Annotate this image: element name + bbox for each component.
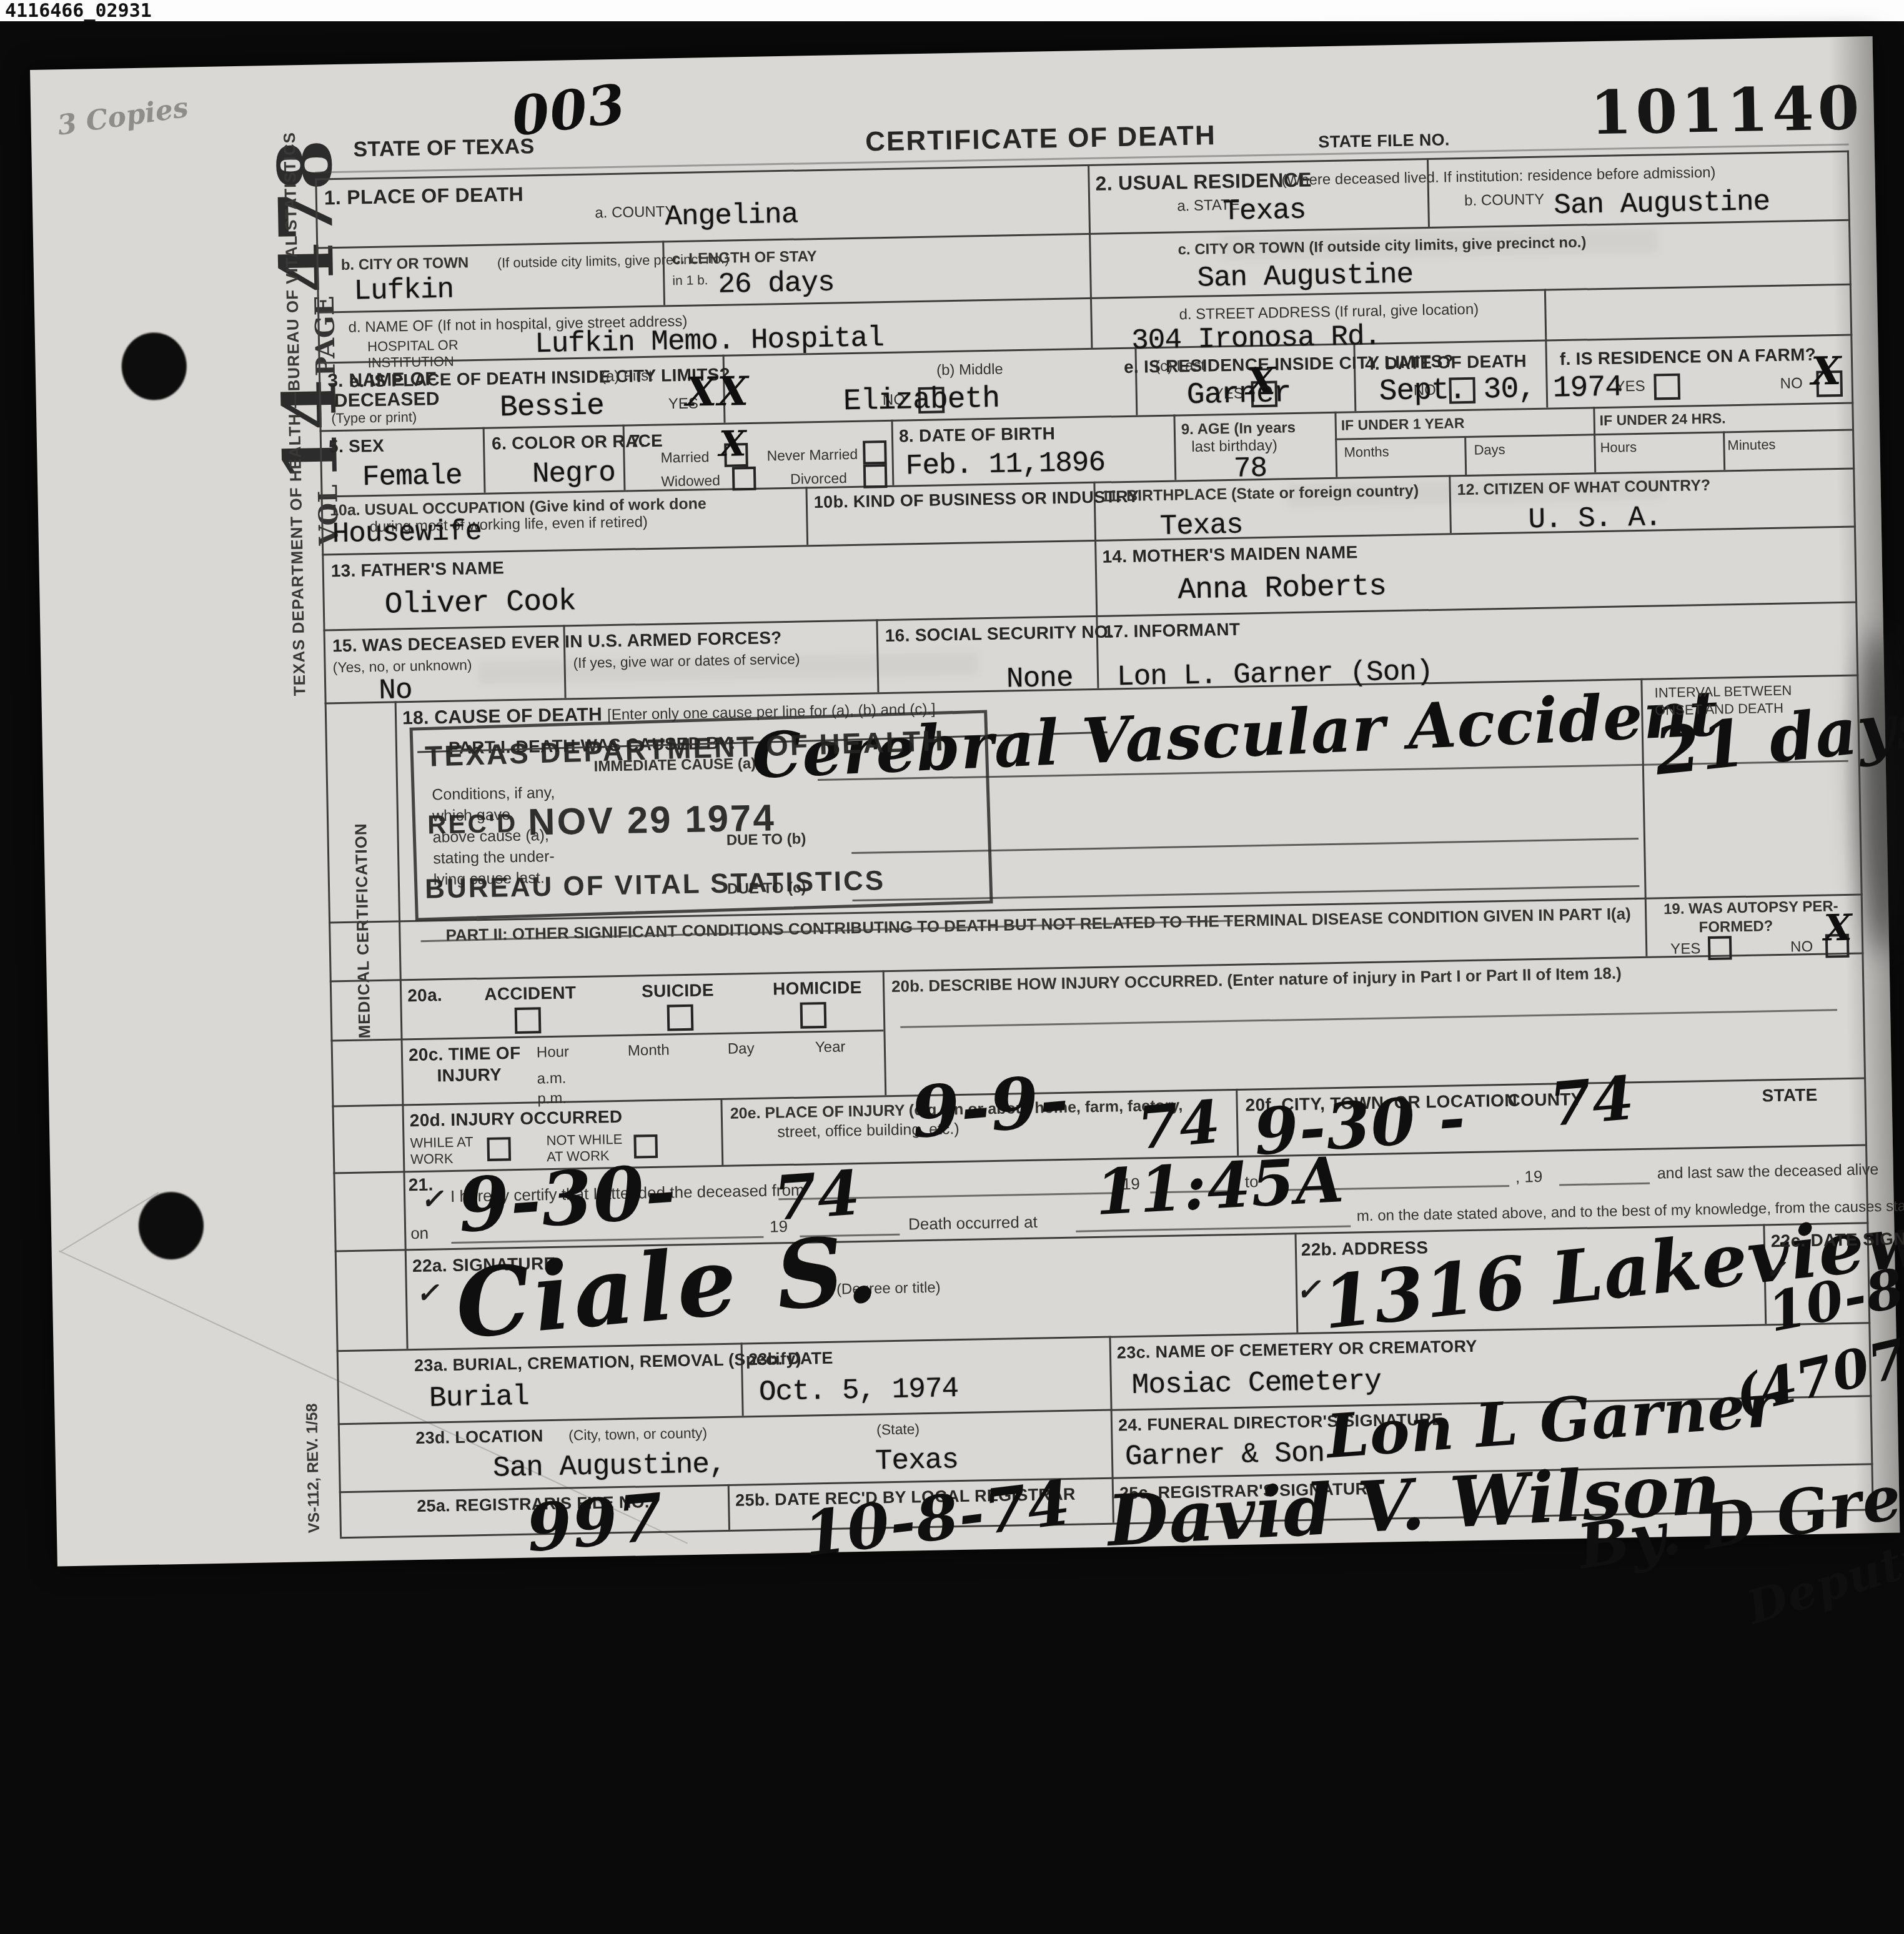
grid-line xyxy=(1723,431,1725,470)
grid-line xyxy=(483,427,486,493)
suicide-label: SUICIDE xyxy=(642,980,714,1001)
certificate-page: 3 Copies VOL 14 PAGE 478 TEXAS DEPARTMEN… xyxy=(30,36,1900,1567)
field-17-value: Lon L. Garner (Son) xyxy=(1117,655,1433,693)
field-1e-yes-mark: XX xyxy=(685,368,750,416)
field-8-value: Feb. 11,1896 xyxy=(905,447,1105,483)
field-19-label1: 19. WAS AUTOPSY PER- xyxy=(1664,898,1838,918)
field-19-yes: YES xyxy=(1670,940,1701,958)
cert-19-b: , 19 xyxy=(1515,1167,1543,1187)
margin-medical-certification: MEDICAL CERTIFICATION xyxy=(351,823,374,1039)
field-7-label: 7. xyxy=(630,431,646,451)
field-23d-value-city: San Augustine, xyxy=(493,1448,726,1485)
field-6-value: Negro xyxy=(532,457,616,490)
grid-line xyxy=(1334,412,1337,477)
field-21-checkmark: ✓ xyxy=(420,1183,444,1216)
field-20d-label: 20d. INJURY OCCURRED xyxy=(410,1107,623,1131)
field-3b-value: Elizabeth xyxy=(843,382,999,419)
page-label: PAGE xyxy=(309,295,341,377)
grid-line xyxy=(395,701,409,1349)
cert-text-2: and last saw the deceased alive xyxy=(1657,1161,1879,1183)
field-7-widowed: Widowed xyxy=(661,472,720,490)
grid-line xyxy=(720,1098,723,1165)
grid-line xyxy=(1093,482,1099,688)
field-14-label: 14. MOTHER'S MAIDEN NAME xyxy=(1102,542,1358,567)
field-14-value: Anna Roberts xyxy=(1178,570,1387,607)
field-2b-value: San Augustine xyxy=(1554,186,1770,222)
field-2-title: 2. USUAL RESIDENCE xyxy=(1095,168,1312,195)
hole-punch-bottom xyxy=(138,1191,204,1260)
field-3c-label: (c) Last xyxy=(1155,357,1206,375)
state-label: STATE xyxy=(1762,1085,1818,1106)
scan-stage: 4116466_02931 3 Copies VOL 14 PAGE 478 T… xyxy=(0,0,1904,1934)
am-label: a.m. xyxy=(537,1070,566,1088)
stamp-recd-text: REC'D xyxy=(427,808,518,840)
while-at-work-label2: WORK xyxy=(410,1151,454,1168)
grid-line xyxy=(331,1029,884,1041)
field-23d-value-state: Texas xyxy=(875,1444,959,1477)
grid-line xyxy=(1593,407,1596,472)
field-9-label1: 9. AGE (In years xyxy=(1181,419,1296,439)
field-15-sublabel1: (Yes, no, or unknown) xyxy=(332,657,472,676)
state-of-texas: STATE OF TEXAS xyxy=(353,134,535,162)
field-11-value: Texas xyxy=(1159,509,1243,543)
field-1a-value: Angelina xyxy=(665,199,798,234)
field-12-label: 12. CITIZEN OF WHAT COUNTRY? xyxy=(1457,477,1710,499)
field-2f-label: f. IS RESIDENCE ON A FARM? xyxy=(1560,345,1817,370)
field-2d-label: d. STREET ADDRESS (If rural, give locati… xyxy=(1179,301,1479,324)
day-label: Day xyxy=(728,1040,755,1058)
grid-line xyxy=(1427,158,1430,227)
hole-punch-top xyxy=(121,332,187,400)
field-7-never-married: Never Married xyxy=(766,446,858,465)
minutes-label: Minutes xyxy=(1727,437,1776,454)
accident-checkbox xyxy=(515,1007,542,1034)
field-3c-value: Garner xyxy=(1186,377,1291,412)
field-7-married: Married xyxy=(660,449,709,466)
field-4-value: Sept. 30, 1974 xyxy=(1379,370,1622,409)
grid-line xyxy=(891,420,894,485)
homicide-checkbox xyxy=(800,1002,827,1029)
field-5-label: 5. SEX xyxy=(329,436,385,457)
state-file-no-label: STATE FILE NO. xyxy=(1318,130,1450,152)
attended-to-year-handwriting: 74 xyxy=(1547,1063,1637,1140)
field-7-divorced: Divorced xyxy=(790,470,847,488)
scan-id: 4116466_02931 xyxy=(5,0,152,22)
field-23d-sublabel2: (State) xyxy=(876,1421,920,1438)
field-19-yes-checkbox xyxy=(1708,936,1732,960)
field-9-value: 78 xyxy=(1234,452,1267,485)
state-file-number: 101140 xyxy=(1590,72,1864,148)
field-16-label: 16. SOCIAL SECURITY NO. xyxy=(885,622,1114,646)
hours-label: Hours xyxy=(1600,439,1637,456)
not-while-at-work-label1: NOT WHILE xyxy=(546,1131,622,1149)
field-2f-no: NO xyxy=(1780,375,1803,393)
cert-on: on xyxy=(410,1224,429,1244)
grid-line xyxy=(662,241,665,305)
suicide-checkbox xyxy=(667,1004,694,1031)
field-2-subtitle: (Where deceased lived. If institution: r… xyxy=(1281,164,1715,190)
field-3-title3: (Type or print) xyxy=(331,409,417,427)
month-label: Month xyxy=(628,1042,670,1060)
field-4-label: 4. DATE OF DEATH xyxy=(1365,351,1527,374)
field-2c-value: San Augustine xyxy=(1197,258,1414,294)
months-label: Months xyxy=(1344,444,1389,460)
field-1c-sublabel: in 1 b. xyxy=(672,273,708,289)
field-2a-value: Texas xyxy=(1222,194,1306,228)
handwritten-003: 003 xyxy=(508,72,630,149)
days-label: Days xyxy=(1474,442,1505,459)
field-8-label: 8. DATE OF BIRTH xyxy=(899,424,1056,447)
field-1b-value: Lufkin xyxy=(354,274,454,308)
cert-blank-4 xyxy=(1559,1183,1650,1186)
registrar-file-no-handwriting: 997 xyxy=(523,1478,667,1567)
field-3-title2: DECEASED xyxy=(334,389,440,412)
field-3a-value: Bessie xyxy=(500,389,605,425)
interval-label1: INTERVAL BETWEEN xyxy=(1654,682,1792,701)
field-20a-label: 20a. xyxy=(407,985,442,1006)
field-2b-label: b. COUNTY xyxy=(1464,191,1545,210)
field-7-married-mark: X xyxy=(719,423,748,465)
field-15-value: No xyxy=(379,674,412,707)
pencil-note: 3 Copies xyxy=(56,92,191,142)
while-at-work-label1: WHILE AT xyxy=(410,1134,474,1151)
field-1a-label: a. COUNTY xyxy=(595,203,675,222)
field-1d-sublabel2: INSTITUTION xyxy=(367,354,454,372)
field-20c-label2: INJURY xyxy=(437,1064,502,1086)
field-22c-label: 22c. DATE SIGNED xyxy=(1771,1229,1904,1252)
grid-line xyxy=(317,284,1852,314)
field-19-label2: FORMED? xyxy=(1698,918,1773,936)
field-1d-value: Lufkin Memo. Hospital xyxy=(535,322,885,360)
field-24-value: Garner & Son xyxy=(1125,1437,1325,1473)
field-20b-writing-line xyxy=(900,1009,1837,1028)
field-13-value: Oliver Cook xyxy=(384,585,576,622)
hour-label: Hour xyxy=(537,1043,570,1061)
field-10a-value: Housewife xyxy=(332,515,482,550)
grid-line xyxy=(805,487,808,545)
field-7-widowed-checkbox xyxy=(732,467,756,491)
field-7-divorced-checkbox xyxy=(863,464,888,488)
while-at-work-checkbox xyxy=(487,1137,511,1161)
pm-label: p.m. xyxy=(537,1090,567,1108)
field-1-title: 1. PLACE OF DEATH xyxy=(324,183,523,210)
field-1b-label: b. CITY OR TOWN xyxy=(341,254,469,274)
field-12-value: U. S. A. xyxy=(1528,501,1662,536)
death-time-handwriting: 11:45A xyxy=(1093,1143,1346,1229)
field-7-never-married-checkbox xyxy=(863,440,887,465)
certificate-title: CERTIFICATE OF DEATH xyxy=(865,120,1216,157)
field-23d-sublabel1: (City, town, or county) xyxy=(568,1425,707,1444)
homicide-label: HOMICIDE xyxy=(773,978,862,999)
page-number: 478 xyxy=(261,139,350,294)
under-1-year-label: IF UNDER 1 YEAR xyxy=(1341,415,1465,434)
grid-line xyxy=(1464,436,1467,475)
margin-form-number: VS-112, REV. 1/58 xyxy=(303,1403,324,1533)
field-13-label: 13. FATHER'S NAME xyxy=(330,558,504,581)
under-24-hrs-label: IF UNDER 24 HRS. xyxy=(1599,410,1725,429)
grid-line xyxy=(1236,1089,1239,1156)
field-17-label: 17. INFORMANT xyxy=(1103,620,1240,642)
attended-from-handwriting: 9-9- xyxy=(908,1059,1072,1154)
year-label: Year xyxy=(815,1038,846,1056)
field-1d-sublabel1: HOSPITAL OR xyxy=(367,337,459,355)
field-19-no: NO xyxy=(1790,938,1813,956)
field-2d-value: 304 Ironosa Rd. xyxy=(1131,320,1381,357)
field-1c-value: 26 days xyxy=(718,266,835,300)
grid-line xyxy=(883,970,887,1095)
field-5-value: Female xyxy=(362,459,463,493)
field-3b-label: (b) Middle xyxy=(936,361,1003,380)
stamp-date-text: NOV 29 1974 xyxy=(528,796,776,843)
field-23a-value: Burial xyxy=(429,1381,530,1415)
scan-header-bar: 4116466_02931 xyxy=(0,0,1904,21)
field-2f-no-mark: X xyxy=(1811,348,1842,394)
field-23b-value: Oct. 5, 1974 xyxy=(759,1372,959,1409)
grid-line xyxy=(728,1484,730,1530)
field-23b-label: 23b. DATE xyxy=(748,1349,833,1369)
field-2f-yes-checkbox xyxy=(1654,374,1680,400)
accident-label: ACCIDENT xyxy=(484,983,577,1004)
field-19-no-mark: X xyxy=(1823,906,1853,950)
field-16-value: None xyxy=(1006,662,1073,696)
field-1c-label: c. LENGTH OF STAY xyxy=(672,248,817,268)
field-23d-label: 23d. LOCATION xyxy=(415,1426,543,1448)
field-23c-value: Mosiac Cemetery xyxy=(1131,1365,1381,1402)
field-20c-label1: 20c. TIME OF xyxy=(409,1043,521,1065)
field-22b-checkmark: ✓ xyxy=(1296,1272,1321,1307)
field-3a-label: (a) First xyxy=(601,367,653,386)
grid-line xyxy=(1088,164,1093,348)
field-23c-label: 23c. NAME OF CEMETERY OR CREMATORY xyxy=(1117,1337,1477,1363)
grid-line xyxy=(1173,414,1176,480)
field-10b-label: 10b. KIND OF BUSINESS OR INDUSTRY xyxy=(814,487,1139,513)
cert-death-occurred: Death occurred at xyxy=(908,1212,1038,1234)
field-22a-checkmark: ✓ xyxy=(416,1277,440,1309)
